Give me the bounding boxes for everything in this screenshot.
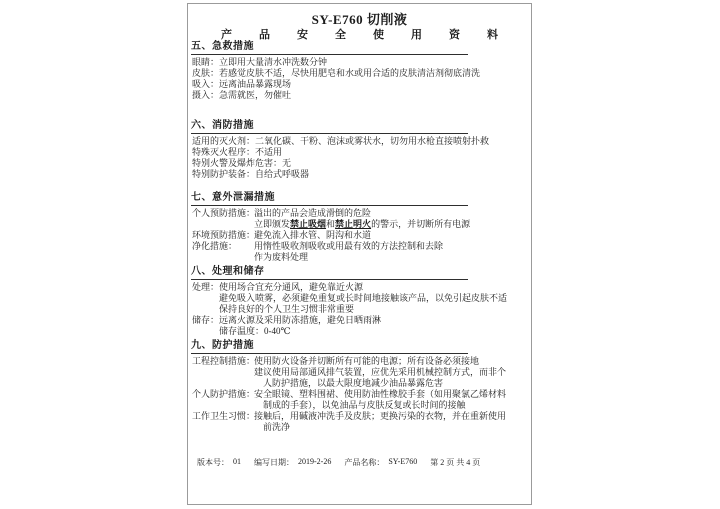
line-handling: 处理： 使用场合宜充分通风，避免靠近火源 — [192, 282, 528, 293]
line-engineering-cont: 人防护措施，以最大限度地减少油品暴露危害 — [192, 378, 528, 389]
line-label: 个人防护措施： — [192, 389, 254, 400]
line-work-hygiene-cont: 前洗净 — [192, 422, 528, 433]
line-purification: 净化措施： 用惰性吸收剂吸收或用最有效的方法控制和去除 — [192, 241, 528, 252]
warning-prefix: 立即颁发 — [254, 219, 290, 229]
footer-date: 编写日期： 2019-2-26 — [254, 457, 331, 468]
footer-version-value: 01 — [233, 457, 241, 468]
line-text: 接触后，用碱液冲洗手及皮肤；更换污染的衣物，并在重新使用 — [254, 411, 506, 422]
line-text: 避免吸入喷雾，必须避免重复或长时间地接触该产品，以免引起皮肤不适 — [219, 293, 507, 304]
line-text: 溢出的产品会造成滑倒的危险 — [254, 208, 371, 219]
line-text: 制成的手套），以免油品与皮肤反复或长时间的接触 — [254, 400, 466, 411]
indent-spacer — [192, 422, 254, 433]
page-footer: 版本号： 01 编写日期： 2019-2-26 产品名称： SY-E760 第 … — [197, 457, 480, 468]
line-label: 环境预防措施： — [192, 230, 254, 241]
line-hazard: 特别火警及爆炸危害：无 — [192, 158, 528, 169]
line-label: 净化措施： — [192, 241, 254, 252]
line-handling-cont: 保持良好的个人卫生习惯非常重要 — [192, 304, 528, 315]
indent-spacer — [192, 326, 219, 337]
line-inhale: 吸入：远离油品暴露现场 — [192, 79, 528, 90]
line-storage: 储存： 远离火源及采用防冻措施，避免日晒雨淋 — [192, 315, 528, 326]
line-text: 使用防火设备并切断所有可能的电源；所有设备必须接地 — [254, 356, 479, 367]
section-first-aid: 五、急救措施 眼睛：立即用大量清水冲洗数分钟 皮肤：若感觉皮肤不适，尽快用肥皂和… — [191, 41, 528, 101]
line-engineering-cont: 建议使用局部通风排气装置，应优先采用机械控制方式，而非个 — [192, 367, 528, 378]
section-heading: 九、防护措施 — [191, 340, 468, 354]
footer-product: 产品名称： SY-E760 — [344, 457, 417, 468]
document-page: SY-E760 切削液 产品安全使用资料 五、急救措施 眼睛：立即用大量清水冲洗… — [187, 3, 532, 505]
no-open-flame-warning: 禁止明火 — [335, 219, 371, 229]
line-text: 使用场合宜充分通风，避免靠近火源 — [219, 282, 363, 293]
line-handling-cont: 避免吸入喷雾，必须避免重复或长时间地接触该产品，以免引起皮肤不适 — [192, 293, 528, 304]
section-heading: 七、意外泄漏措施 — [191, 192, 468, 206]
line-eyes: 眼睛：立即用大量清水冲洗数分钟 — [192, 57, 528, 68]
footer-product-label: 产品名称： — [344, 457, 384, 468]
line-personal-precaution: 个人预防措施： 溢出的产品会造成滑倒的危险 — [192, 208, 528, 219]
indent-spacer — [192, 367, 254, 378]
line-text: 避免流入排水管、阴沟和水道 — [254, 230, 371, 241]
section-handling-storage: 八、处理和储存 处理： 使用场合宜充分通风，避免靠近火源 避免吸入喷雾，必须避免… — [191, 266, 528, 337]
line-environment-precaution: 环境预防措施： 避免流入排水管、阴沟和水道 — [192, 230, 528, 241]
indent-spacer — [192, 378, 254, 389]
line-extinguisher: 适用的灭火剂：二氧化碳、干粉、泡沫或雾状水，切勿用水枪直接喷射扑救 — [192, 136, 528, 147]
line-skin: 皮肤：若感觉皮肤不适，尽快用肥皂和水或用合适的皮肤清洁剂彻底清洗 — [192, 68, 528, 79]
no-smoking-warning: 禁止吸烟 — [290, 219, 326, 229]
section-accidental-release: 七、意外泄漏措施 个人预防措施： 溢出的产品会造成滑倒的危险 立即颁发禁止吸烟和… — [191, 192, 528, 263]
footer-date-label: 编写日期： — [254, 457, 294, 468]
line-procedure: 特殊灭火程序：不适用 — [192, 147, 528, 158]
section-heading: 八、处理和储存 — [191, 266, 468, 280]
footer-product-value: SY-E760 — [388, 457, 417, 468]
line-text: 远离火源及采用防冻措施，避免日晒雨淋 — [219, 315, 381, 326]
footer-date-value: 2019-2-26 — [298, 457, 331, 468]
indent-spacer — [192, 252, 254, 263]
line-text: 建议使用局部通风排气装置，应优先采用机械控制方式，而非个 — [254, 367, 506, 378]
indent-spacer — [192, 304, 219, 315]
line-ingest: 摄入：急需就医，勿催吐 — [192, 90, 528, 101]
warning-conjunction: 和 — [326, 219, 335, 229]
line-equipment: 特别防护装备：自给式呼吸器 — [192, 169, 528, 180]
line-text: 人防护措施，以最大限度地减少油品暴露危害 — [254, 378, 443, 389]
indent-spacer — [192, 400, 254, 411]
line-work-hygiene: 工作卫生习惯： 接触后，用碱液冲洗手及皮肤；更换污染的衣物，并在重新使用 — [192, 411, 528, 422]
line-label: 个人预防措施： — [192, 208, 254, 219]
indent-spacer — [192, 219, 254, 230]
section-heading: 五、急救措施 — [191, 41, 468, 55]
indent-spacer — [192, 293, 219, 304]
line-label: 处理： — [192, 282, 219, 293]
footer-version-label: 版本号： — [197, 457, 229, 468]
footer-page-number: 第 2 页 共 4 页 — [430, 457, 480, 468]
section-heading: 六、消防措施 — [191, 120, 468, 134]
line-text: 用惰性吸收剂吸收或用最有效的方法控制和去除 — [254, 241, 443, 252]
line-label: 工作卫生习惯： — [192, 411, 254, 422]
page-subtitle-text: 产品安全使用资料 — [221, 29, 525, 41]
line-engineering-controls: 工程控制措施： 使用防火设备并切断所有可能的电源；所有设备必须接地 — [192, 356, 528, 367]
warning-suffix: 的警示，并切断所有电源 — [371, 219, 470, 229]
line-text: 储存温度：0-40℃ — [219, 326, 291, 337]
line-label: 储存： — [192, 315, 219, 326]
line-personal-protection: 个人防护措施： 安全眼镜、塑料围裙、使用防油性橡胶手套（如用聚氯乙烯材料 — [192, 389, 528, 400]
line-storage-temperature: 储存温度：0-40℃ — [192, 326, 528, 337]
section-protection: 九、防护措施 工程控制措施： 使用防火设备并切断所有可能的电源；所有设备必须接地… — [191, 340, 528, 433]
line-text: 安全眼镜、塑料围裙、使用防油性橡胶手套（如用聚氯乙烯材料 — [254, 389, 506, 400]
footer-version: 版本号： 01 — [197, 457, 241, 468]
line-purification-cont: 作为废料处理 — [192, 252, 528, 263]
line-warning-signs: 立即颁发禁止吸烟和禁止明火的警示，并切断所有电源 — [192, 219, 528, 230]
section-fire-fighting: 六、消防措施 适用的灭火剂：二氧化碳、干粉、泡沫或雾状水，切勿用水枪直接喷射扑救… — [191, 120, 528, 180]
line-personal-protection-cont: 制成的手套），以免油品与皮肤反复或长时间的接触 — [192, 400, 528, 411]
line-text: 作为废料处理 — [254, 252, 308, 263]
line-text: 立即颁发禁止吸烟和禁止明火的警示，并切断所有电源 — [254, 219, 470, 230]
line-text: 前洗净 — [254, 422, 290, 433]
line-label: 工程控制措施： — [192, 356, 254, 367]
line-text: 保持良好的个人卫生习惯非常重要 — [219, 304, 354, 315]
